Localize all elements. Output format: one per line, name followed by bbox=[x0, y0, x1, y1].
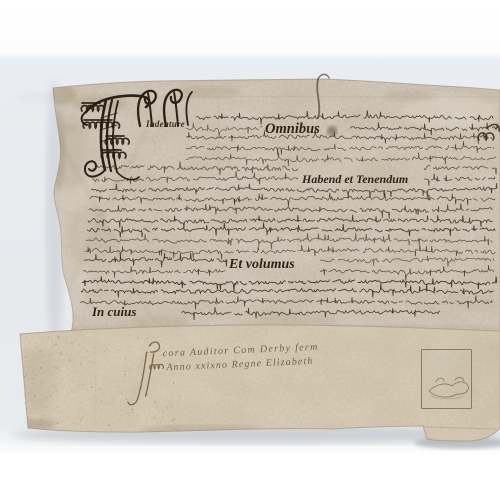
speckle bbox=[82, 416, 84, 418]
speckle bbox=[48, 336, 50, 338]
fleck bbox=[278, 264, 279, 265]
fleck bbox=[83, 171, 84, 172]
speckle bbox=[24, 384, 25, 385]
speckle bbox=[179, 403, 180, 404]
fleck bbox=[210, 269, 211, 270]
speckle bbox=[77, 423, 79, 425]
speckle bbox=[110, 366, 111, 367]
fleck bbox=[300, 187, 301, 188]
speckle bbox=[80, 420, 81, 421]
speckle bbox=[106, 356, 107, 357]
speckle bbox=[50, 376, 51, 377]
speckle bbox=[60, 370, 61, 371]
fleck bbox=[227, 217, 228, 218]
speckle bbox=[41, 401, 42, 402]
speckle bbox=[159, 351, 160, 352]
speckle bbox=[154, 417, 156, 419]
speckle bbox=[50, 353, 52, 355]
speckle bbox=[68, 417, 69, 418]
speckle bbox=[147, 338, 148, 339]
speckle bbox=[34, 380, 35, 381]
speckle bbox=[95, 375, 96, 376]
speckle bbox=[77, 352, 78, 353]
speckle bbox=[45, 397, 47, 399]
speckle bbox=[71, 390, 72, 391]
speckle bbox=[25, 385, 26, 386]
fleck bbox=[84, 159, 85, 160]
speckle bbox=[54, 386, 56, 388]
speckle bbox=[172, 420, 174, 422]
speckle bbox=[99, 378, 100, 379]
fleck bbox=[426, 98, 427, 99]
speckle bbox=[106, 349, 108, 351]
fleck bbox=[315, 99, 316, 100]
speckle bbox=[139, 348, 140, 349]
speckle bbox=[81, 418, 83, 420]
speckle bbox=[92, 367, 93, 368]
fleck bbox=[154, 141, 155, 142]
speckle bbox=[27, 366, 28, 367]
speckle bbox=[80, 363, 82, 365]
speckle bbox=[61, 378, 63, 380]
speckle bbox=[121, 393, 123, 395]
fleck bbox=[76, 124, 77, 125]
speckle bbox=[61, 354, 63, 356]
fleck bbox=[347, 129, 348, 130]
speckle bbox=[39, 351, 41, 353]
speckle bbox=[60, 381, 61, 382]
speckle bbox=[42, 340, 43, 341]
fleck bbox=[386, 113, 387, 114]
fleck bbox=[99, 296, 100, 297]
speckle bbox=[136, 415, 138, 417]
speckle bbox=[124, 358, 126, 360]
fleck bbox=[79, 203, 80, 204]
speckle bbox=[24, 402, 26, 404]
speckle bbox=[26, 336, 27, 337]
speckle bbox=[25, 422, 26, 423]
speckle bbox=[79, 407, 81, 409]
speckle bbox=[26, 373, 27, 374]
speckle bbox=[40, 424, 42, 426]
speckle bbox=[56, 390, 57, 391]
speckle bbox=[143, 360, 144, 361]
speckle bbox=[68, 393, 69, 394]
speckle bbox=[24, 356, 25, 357]
speckle bbox=[97, 368, 98, 369]
fleck bbox=[136, 234, 137, 235]
speckle bbox=[118, 350, 120, 352]
fleck bbox=[318, 147, 319, 148]
speckle bbox=[71, 379, 72, 380]
speckle bbox=[69, 359, 71, 361]
speckle bbox=[144, 340, 145, 341]
speckle bbox=[92, 404, 93, 405]
fleck bbox=[352, 113, 353, 114]
fleck bbox=[416, 147, 417, 148]
speckle bbox=[148, 352, 150, 354]
speckle bbox=[91, 386, 93, 388]
speckle bbox=[83, 411, 84, 412]
fleck bbox=[476, 237, 477, 238]
speckle bbox=[72, 342, 74, 344]
speckle bbox=[112, 400, 113, 401]
fleck bbox=[455, 131, 456, 132]
fleck bbox=[271, 95, 272, 96]
speckle bbox=[109, 412, 110, 413]
fleck bbox=[240, 256, 241, 257]
engrossed-word-in-cuius: In cuius bbox=[91, 304, 136, 319]
speckle bbox=[131, 409, 133, 411]
fleck bbox=[83, 127, 84, 128]
speckle bbox=[133, 412, 134, 413]
speckle bbox=[75, 371, 76, 372]
speckle bbox=[30, 419, 32, 421]
speckle bbox=[80, 402, 81, 403]
speckle bbox=[24, 394, 25, 395]
speckle bbox=[70, 343, 71, 344]
speckle bbox=[30, 367, 31, 368]
speckle bbox=[42, 415, 44, 417]
speckle bbox=[92, 361, 93, 362]
fleck bbox=[237, 271, 238, 272]
speckle bbox=[47, 422, 48, 423]
speckle bbox=[50, 354, 51, 355]
fleck bbox=[300, 127, 301, 128]
speckle bbox=[34, 374, 36, 376]
speckle bbox=[31, 382, 32, 383]
fleck bbox=[421, 297, 422, 298]
speckle bbox=[55, 367, 56, 368]
fleck bbox=[81, 115, 82, 116]
speckle bbox=[160, 422, 161, 423]
fleck bbox=[377, 273, 378, 274]
speckle bbox=[104, 350, 106, 352]
engrossed-word-habendum: Habend et Tenendum bbox=[301, 172, 408, 186]
fleck bbox=[450, 113, 451, 114]
speckle bbox=[101, 400, 103, 402]
fleck bbox=[220, 160, 221, 161]
speckle bbox=[71, 424, 72, 425]
speckle bbox=[40, 386, 42, 388]
speckle bbox=[88, 399, 89, 400]
speckle bbox=[121, 409, 122, 410]
speckle bbox=[26, 356, 28, 358]
speckle bbox=[56, 406, 58, 408]
speckle bbox=[51, 421, 53, 423]
fleck bbox=[159, 303, 160, 304]
speckle bbox=[55, 343, 57, 345]
speckle bbox=[78, 344, 80, 346]
speckle bbox=[126, 398, 128, 400]
speckle bbox=[50, 385, 52, 387]
speckle bbox=[25, 408, 27, 410]
speckle bbox=[38, 354, 39, 355]
speckle bbox=[25, 388, 26, 389]
speckle bbox=[125, 370, 127, 372]
fleck bbox=[454, 260, 455, 261]
fleck bbox=[413, 255, 414, 256]
fleck bbox=[392, 230, 393, 231]
fleck bbox=[244, 133, 245, 134]
fleck bbox=[287, 254, 288, 255]
speckle bbox=[31, 378, 32, 379]
speckle bbox=[24, 376, 26, 378]
ink-blot bbox=[327, 126, 337, 136]
speckle bbox=[64, 384, 65, 385]
speckle bbox=[157, 422, 159, 424]
speckle bbox=[27, 417, 29, 419]
fleck bbox=[172, 105, 173, 106]
speckle bbox=[89, 361, 90, 362]
speckle bbox=[79, 400, 80, 401]
fleck bbox=[152, 258, 153, 259]
speckle bbox=[33, 422, 35, 424]
speckle bbox=[35, 342, 36, 343]
fleck bbox=[228, 116, 229, 117]
fleck bbox=[433, 214, 434, 215]
speckle bbox=[33, 377, 35, 379]
speckle bbox=[40, 382, 41, 383]
speckle bbox=[72, 382, 73, 383]
speckle bbox=[126, 412, 127, 413]
speckle bbox=[24, 422, 25, 423]
speckle bbox=[118, 362, 119, 363]
speckle bbox=[179, 395, 180, 396]
fleck bbox=[340, 253, 341, 254]
fleck bbox=[188, 146, 189, 147]
speckle bbox=[32, 371, 33, 372]
fleck bbox=[97, 259, 98, 260]
speckle bbox=[117, 352, 118, 353]
speckle bbox=[174, 418, 176, 420]
speckle bbox=[40, 367, 42, 369]
speckle bbox=[164, 361, 165, 362]
speckle bbox=[46, 406, 47, 407]
speckle bbox=[50, 369, 51, 370]
speckle bbox=[147, 394, 149, 396]
speckle bbox=[58, 422, 59, 423]
speckle bbox=[64, 400, 65, 401]
speckle bbox=[56, 367, 58, 369]
speckle bbox=[173, 382, 175, 384]
fleck bbox=[110, 104, 111, 105]
engrossed-word-indenture: Indenture bbox=[145, 119, 185, 129]
engrossed-word-et-volumus: Et volumus bbox=[228, 257, 295, 272]
speckle bbox=[159, 340, 161, 342]
speckle bbox=[40, 419, 42, 421]
fleck bbox=[424, 237, 425, 238]
engrossed-word-omnibus: Omnibus bbox=[265, 121, 320, 137]
fleck bbox=[77, 193, 78, 194]
speckle bbox=[166, 406, 168, 408]
manuscript-photo-canvas: Indenture Omnibus Habend et Tenendum Et … bbox=[0, 0, 500, 500]
fleck bbox=[340, 267, 341, 268]
speckle bbox=[59, 352, 61, 354]
fleck bbox=[84, 205, 85, 206]
fleck bbox=[352, 202, 353, 203]
speckle bbox=[84, 338, 85, 339]
speckle bbox=[121, 414, 123, 416]
speckle bbox=[26, 352, 27, 353]
speckle bbox=[108, 423, 109, 424]
fleck bbox=[226, 261, 227, 262]
speckle bbox=[124, 374, 126, 376]
seal-sketch-box bbox=[422, 350, 472, 409]
speckle bbox=[154, 401, 156, 403]
fleck bbox=[174, 119, 175, 120]
speckle bbox=[73, 423, 75, 425]
speckle bbox=[58, 336, 60, 338]
speckle bbox=[34, 407, 35, 408]
speckle bbox=[163, 416, 165, 418]
speckle bbox=[29, 393, 30, 394]
speckle bbox=[34, 395, 36, 397]
speckle bbox=[27, 350, 28, 351]
speckle bbox=[132, 398, 133, 399]
speckle bbox=[162, 412, 164, 414]
speckle bbox=[87, 350, 89, 352]
fleck bbox=[433, 308, 434, 309]
fleck bbox=[125, 141, 126, 142]
speckle bbox=[100, 388, 102, 390]
speckle bbox=[179, 419, 180, 420]
speckle bbox=[35, 408, 36, 409]
speckle bbox=[63, 401, 65, 403]
speckle bbox=[137, 337, 139, 339]
speckle bbox=[82, 384, 84, 386]
speckle bbox=[44, 414, 46, 416]
speckle bbox=[171, 406, 172, 407]
speckle bbox=[90, 418, 91, 419]
speckle bbox=[50, 395, 52, 397]
speckle bbox=[138, 417, 139, 418]
manuscript-photo: Indenture Omnibus Habend et Tenendum Et … bbox=[0, 0, 500, 500]
speckle bbox=[113, 423, 114, 424]
speckle bbox=[52, 345, 53, 346]
fleck bbox=[295, 198, 296, 199]
speckle bbox=[109, 351, 110, 352]
fleck bbox=[342, 288, 343, 289]
